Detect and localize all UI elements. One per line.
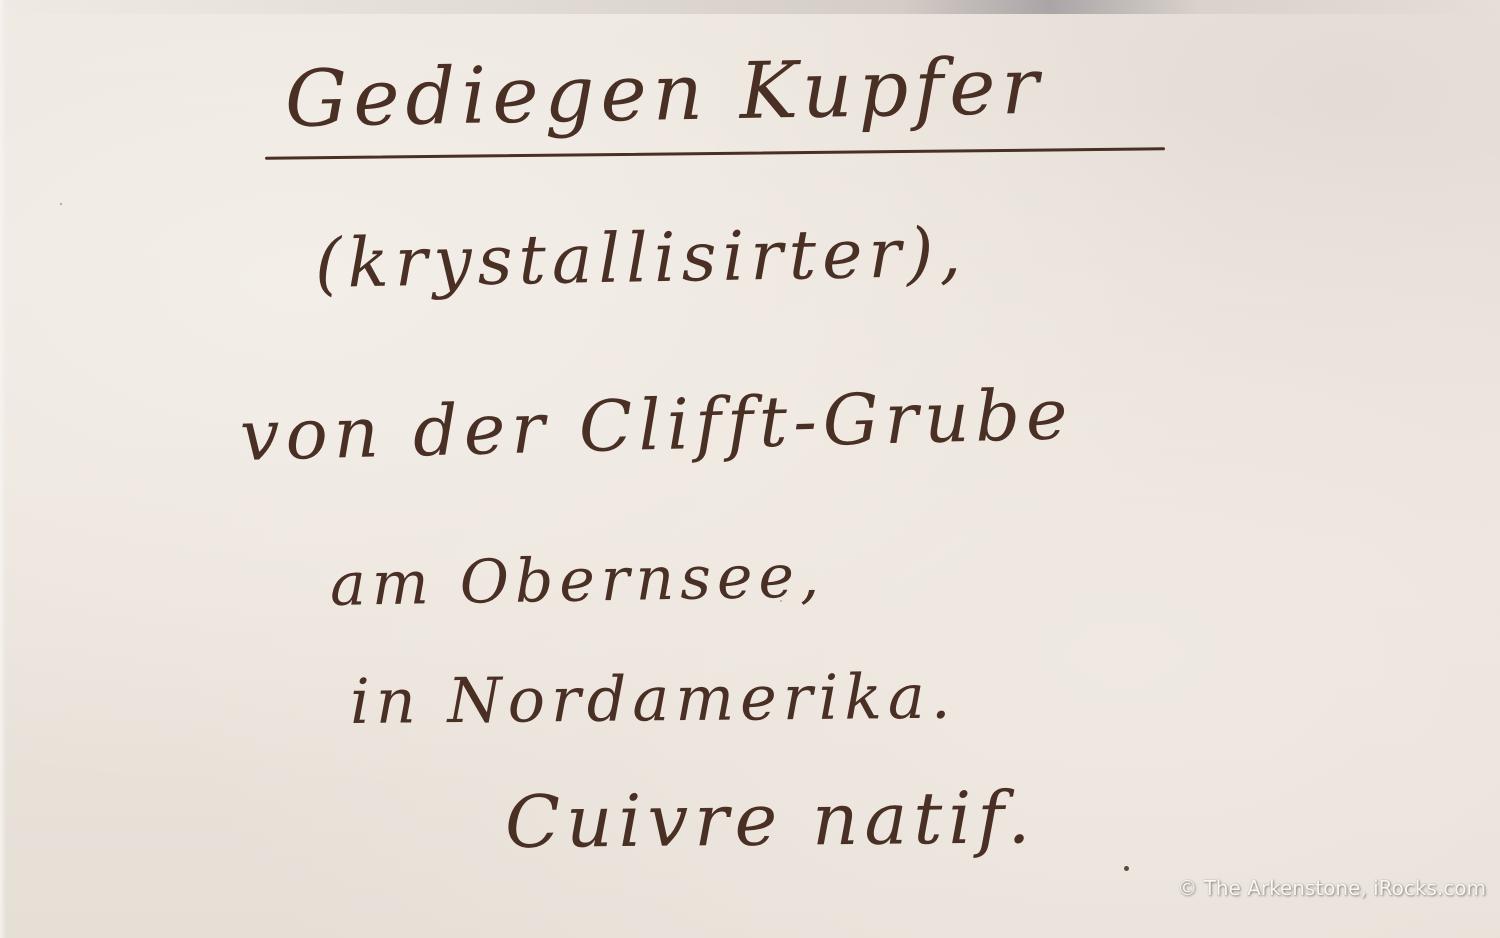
- title-underline: [265, 147, 1165, 159]
- paper-top-edge-shadow: [0, 0, 1500, 14]
- label-line-3: von der Clifft-Grube: [239, 373, 1074, 477]
- label-line-2: (krystallisirter),: [314, 214, 967, 304]
- copyright-watermark: © The Arkenstone, iRocks.com: [1177, 876, 1486, 900]
- ink-speck: [60, 203, 62, 205]
- ink-speck: [1124, 866, 1129, 871]
- label-line-title: Gediegen Kupfer: [284, 42, 1045, 145]
- label-line-4: am Obernsee,: [329, 541, 825, 620]
- label-photograph: Gediegen Kupfer (krystallisirter), von d…: [0, 0, 1500, 938]
- label-line-6: Cuivre natif.: [505, 775, 1037, 864]
- paper-left-edge: [0, 0, 6, 938]
- label-line-5: in Nordamerika.: [350, 660, 957, 738]
